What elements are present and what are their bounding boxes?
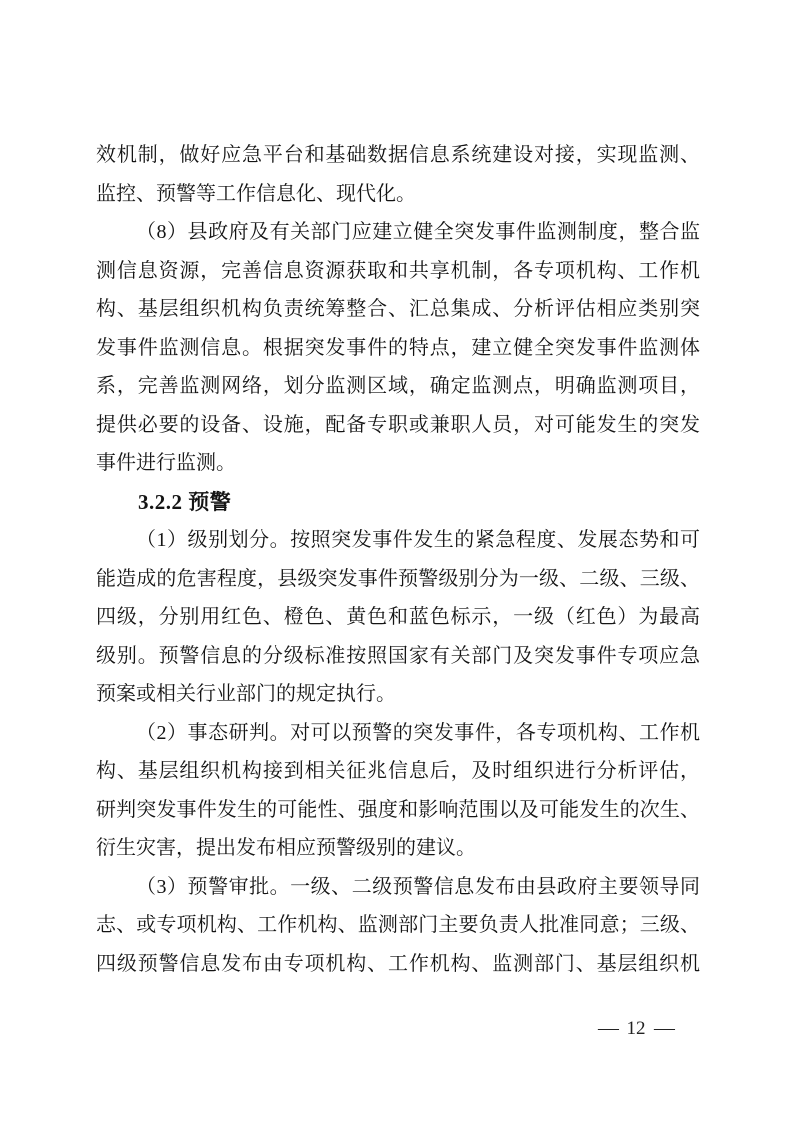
text-line: 级别。预警信息的分级标准按照国家有关部门及突发事件专项应急: [96, 637, 700, 676]
text-line: 四级，分别用红色、橙色、黄色和蓝色标示，一级（红色）为最高: [96, 598, 700, 637]
text-line: 衍生灾害，提出发布相应预警级别的建议。: [96, 829, 700, 868]
text-line: 效机制，做好应急平台和基础数据信息系统建设对接，实现监测、: [96, 136, 700, 175]
text-line: 研判突发事件发生的可能性、强度和影响范围以及可能发生的次生、: [96, 791, 700, 830]
text-line: （2）事态研判。对可以预警的突发事件，各专项机构、工作机: [96, 714, 700, 753]
text-line: 发事件监测信息。根据突发事件的特点，建立健全突发事件监测体: [96, 329, 700, 368]
text-line: （3）预警审批。一级、二级预警信息发布由县政府主要领导同: [96, 868, 700, 907]
text-line: 四级预警信息发布由专项机构、工作机构、监测部门、基层组织机: [96, 945, 700, 984]
page-footer: —12—: [586, 1018, 686, 1040]
text-line: （1）级别划分。按照突发事件发生的紧急程度、发展态势和可: [96, 521, 700, 560]
section-heading: 3.2.2 预警: [96, 483, 700, 522]
text-line: 志、或专项机构、工作机构、监测部门主要负责人批准同意；三级、: [96, 906, 700, 945]
text-line: 系，完善监测网络，划分监测区域，确定监测点，明确监测项目，: [96, 367, 700, 406]
footer-right-dash: —: [654, 1018, 675, 1040]
text-line: 构、基层组织机构负责统筹整合、汇总集成、分析评估相应类别突: [96, 290, 700, 329]
document-page: 效机制，做好应急平台和基础数据信息系统建设对接，实现监测、监控、预警等工作信息化…: [0, 0, 793, 1122]
text-line: 能造成的危害程度，县级突发事件预警级别分为一级、二级、三级、: [96, 560, 700, 599]
document-body: 效机制，做好应急平台和基础数据信息系统建设对接，实现监测、监控、预警等工作信息化…: [96, 136, 700, 983]
text-line: 监控、预警等工作信息化、现代化。: [96, 175, 700, 214]
text-line: 事件进行监测。: [96, 444, 700, 483]
text-line: 预案或相关行业部门的规定执行。: [96, 675, 700, 714]
text-line: 构、基层组织机构接到相关征兆信息后，及时组织进行分析评估，: [96, 752, 700, 791]
text-line: （8）县政府及有关部门应建立健全突发事件监测制度，整合监: [96, 213, 700, 252]
text-line: 测信息资源，完善信息资源获取和共享机制，各专项机构、工作机: [96, 252, 700, 291]
text-line: 提供必要的设备、设施，配备专职或兼职人员，对可能发生的突发: [96, 406, 700, 445]
page-number: 12: [627, 1018, 646, 1040]
footer-left-dash: —: [598, 1018, 619, 1040]
